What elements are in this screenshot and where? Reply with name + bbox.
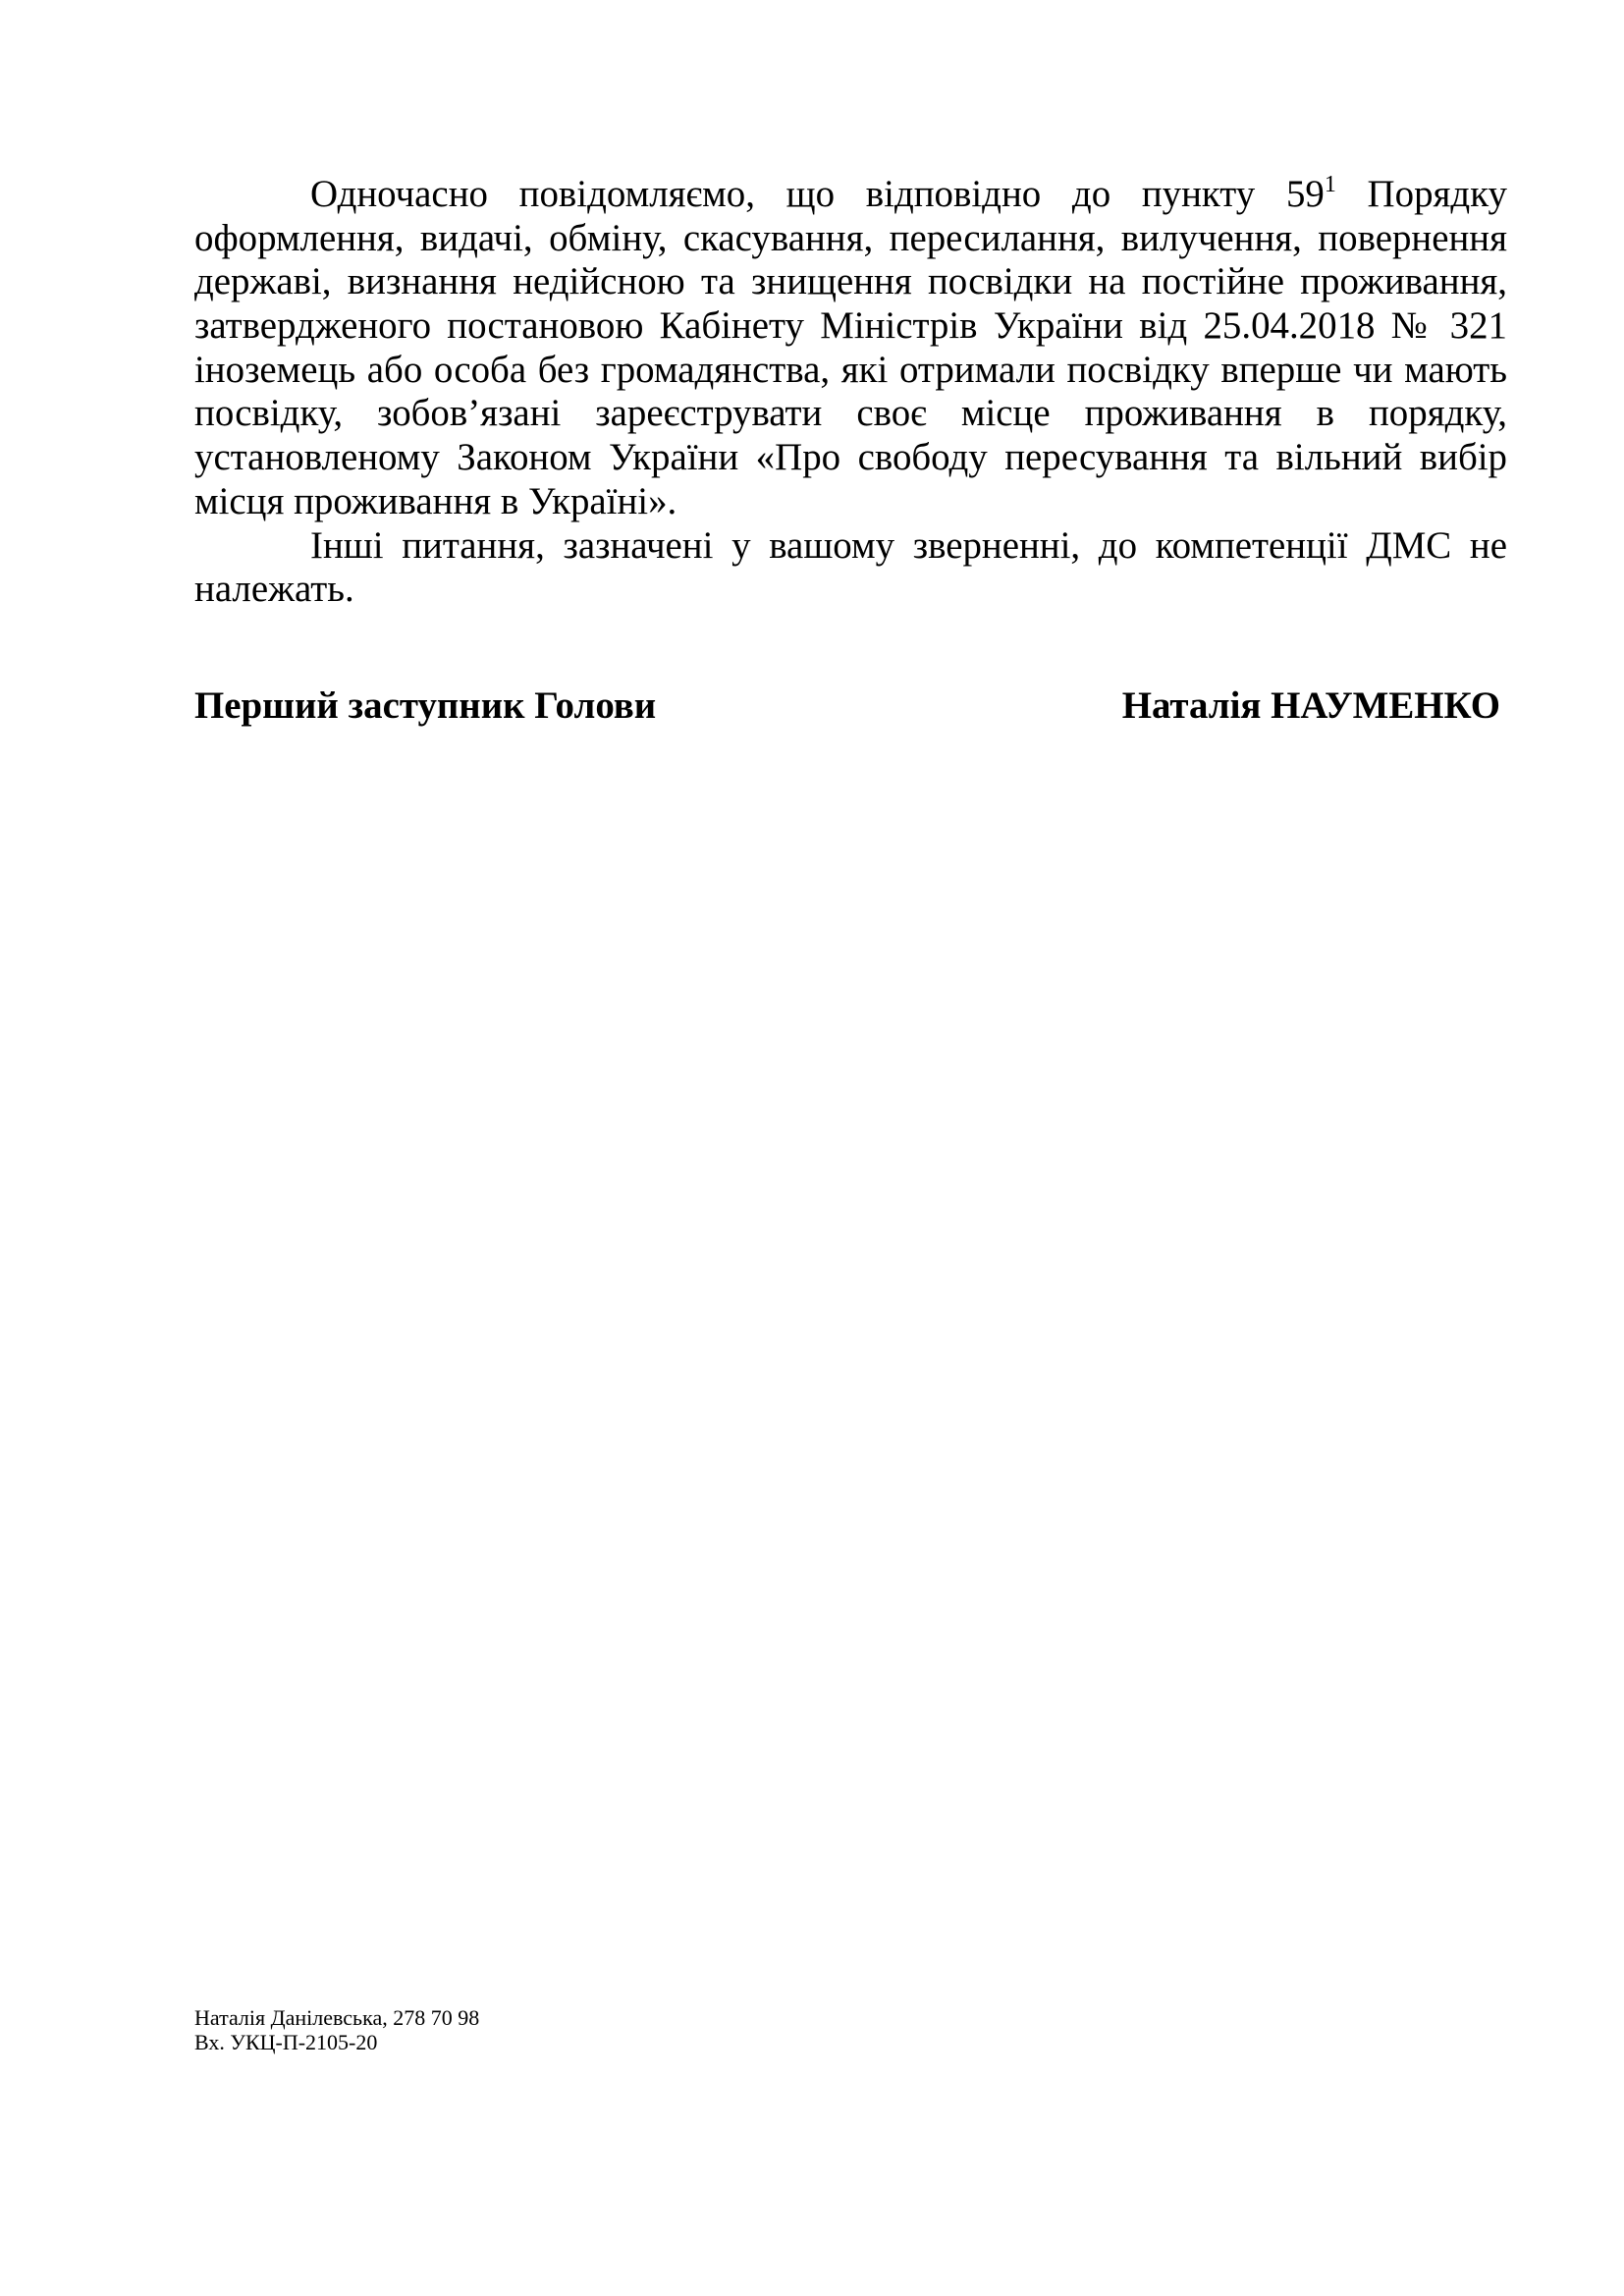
text-segment: Порядку (1336, 173, 1507, 215)
signatory-position: Перший заступник Голови (194, 684, 656, 728)
paragraph-2-line-2: належать. (194, 568, 1507, 612)
executor-contact: Наталія Данілевська, 278 70 98 (194, 2006, 479, 2031)
paragraph-1-line-7: установленому Законом України «Про свобо… (194, 436, 1507, 480)
paragraph-2-line-1: Інші питання, зазначені у вашому звернен… (194, 524, 1507, 569)
paragraph-1-line-2: оформлення, видачі, обміну, скасування, … (194, 217, 1507, 261)
paragraph-1-line-6: посвідку, зобов’язані зареєструвати своє… (194, 392, 1507, 436)
incoming-reference: Вх. УКЦ-П-2105-20 (194, 2031, 479, 2055)
executor-footer: Наталія Данілевська, 278 70 98 Вх. УКЦ-П… (194, 2006, 479, 2054)
paragraph-1-line-1: Одночасно повідомляємо, що відповідно до… (194, 173, 1507, 217)
document-page: Одночасно повідомляємо, що відповідно до… (0, 0, 1624, 2296)
footnote-superscript: 1 (1325, 172, 1336, 197)
paragraph-1-line-4: затвердженого постановою Кабінету Мініст… (194, 304, 1507, 349)
signature-block: Перший заступник Голови Наталія НАУМЕНКО (194, 684, 1500, 728)
signatory-name: Наталія НАУМЕНКО (1122, 684, 1500, 728)
letter-body: Одночасно повідомляємо, що відповідно до… (194, 173, 1507, 612)
text-segment: Одночасно повідомляємо, що відповідно до… (310, 173, 1325, 215)
paragraph-1-line-5: іноземець або особа без громадянства, як… (194, 349, 1507, 393)
paragraph-1-line-3: державі, визнання недійсною та знищення … (194, 260, 1507, 304)
paragraph-1-line-8: місця проживання в Україні». (194, 480, 1507, 524)
